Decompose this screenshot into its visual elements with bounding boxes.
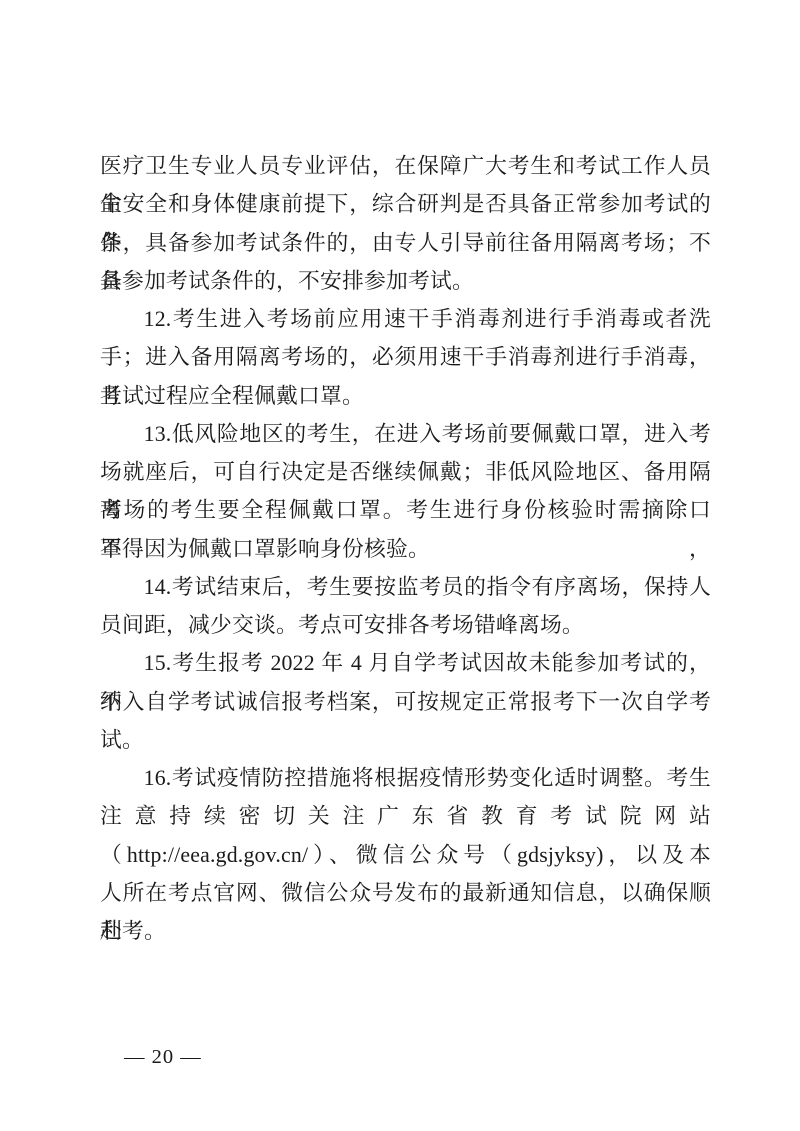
text-line-url: （http://eea.gd.gov.cn/）、微信公众号（gdsjyksy)，… <box>100 836 711 874</box>
text-line-item-14: 14.考试结束后，考生要按监考员的指令有序离场，保持人 <box>100 568 711 606</box>
text-line: 试。 <box>100 721 711 759</box>
text-line: 件，具备参加考试条件的，由专人引导前往备用隔离考场；不具 <box>100 224 711 262</box>
document-body: 医疗卫生专业人员专业评估，在保障广大考生和考试工作人员生 命安全和身体健康前提下… <box>100 147 711 950</box>
text-line: 考场的考生要全程佩戴口罩。考生进行身份核验时需摘除口罩， <box>100 491 711 529</box>
text-line-item-16: 16.考试疫情防控措施将根据疫情形势变化适时调整。考生 <box>100 759 711 797</box>
text-line-item-12: 12.考生进入考场前应用速干手消毒剂进行手消毒或者洗 <box>100 300 711 338</box>
text-line: 纳入自学考试诚信报考档案，可按规定正常报考下一次自学考 <box>100 683 711 721</box>
text-line: 命安全和身体健康前提下，综合研判是否具备正常参加考试的条 <box>100 185 711 223</box>
text-line: 场就座后，可自行决定是否继续佩戴；非低风险地区、备用隔离 <box>100 453 711 491</box>
text-line: 医疗卫生专业人员专业评估，在保障广大考生和考试工作人员生 <box>100 147 711 185</box>
page-number: — 20 — <box>124 1046 202 1068</box>
text-line: 考试过程应全程佩戴口罩。 <box>100 377 711 415</box>
text-line: 员间距，减少交谈。考点可安排各考场错峰离场。 <box>100 606 711 644</box>
text-line: 备参加考试条件的，不安排参加考试。 <box>100 262 711 300</box>
text-line: 赴考。 <box>100 912 711 950</box>
text-line: 手；进入备用隔离考场的，必须用速干手消毒剂进行手消毒，且 <box>100 338 711 376</box>
text-line: 注意持续密切关注广东省教育考试院网站 <box>100 797 711 835</box>
page-footer: — 20 — <box>124 1045 202 1069</box>
text-line-item-15: 15.考生报考 2022 年 4 月自学考试因故未能参加考试的，不 <box>100 644 711 682</box>
document-page: 医疗卫生专业人员专业评估，在保障广大考生和考试工作人员生 命安全和身体健康前提下… <box>0 0 800 1131</box>
text-line: 人所在考点官网、微信公众号发布的最新通知信息，以确保顺利 <box>100 874 711 912</box>
text-line-item-13: 13.低风险地区的考生，在进入考场前要佩戴口罩，进入考 <box>100 415 711 453</box>
